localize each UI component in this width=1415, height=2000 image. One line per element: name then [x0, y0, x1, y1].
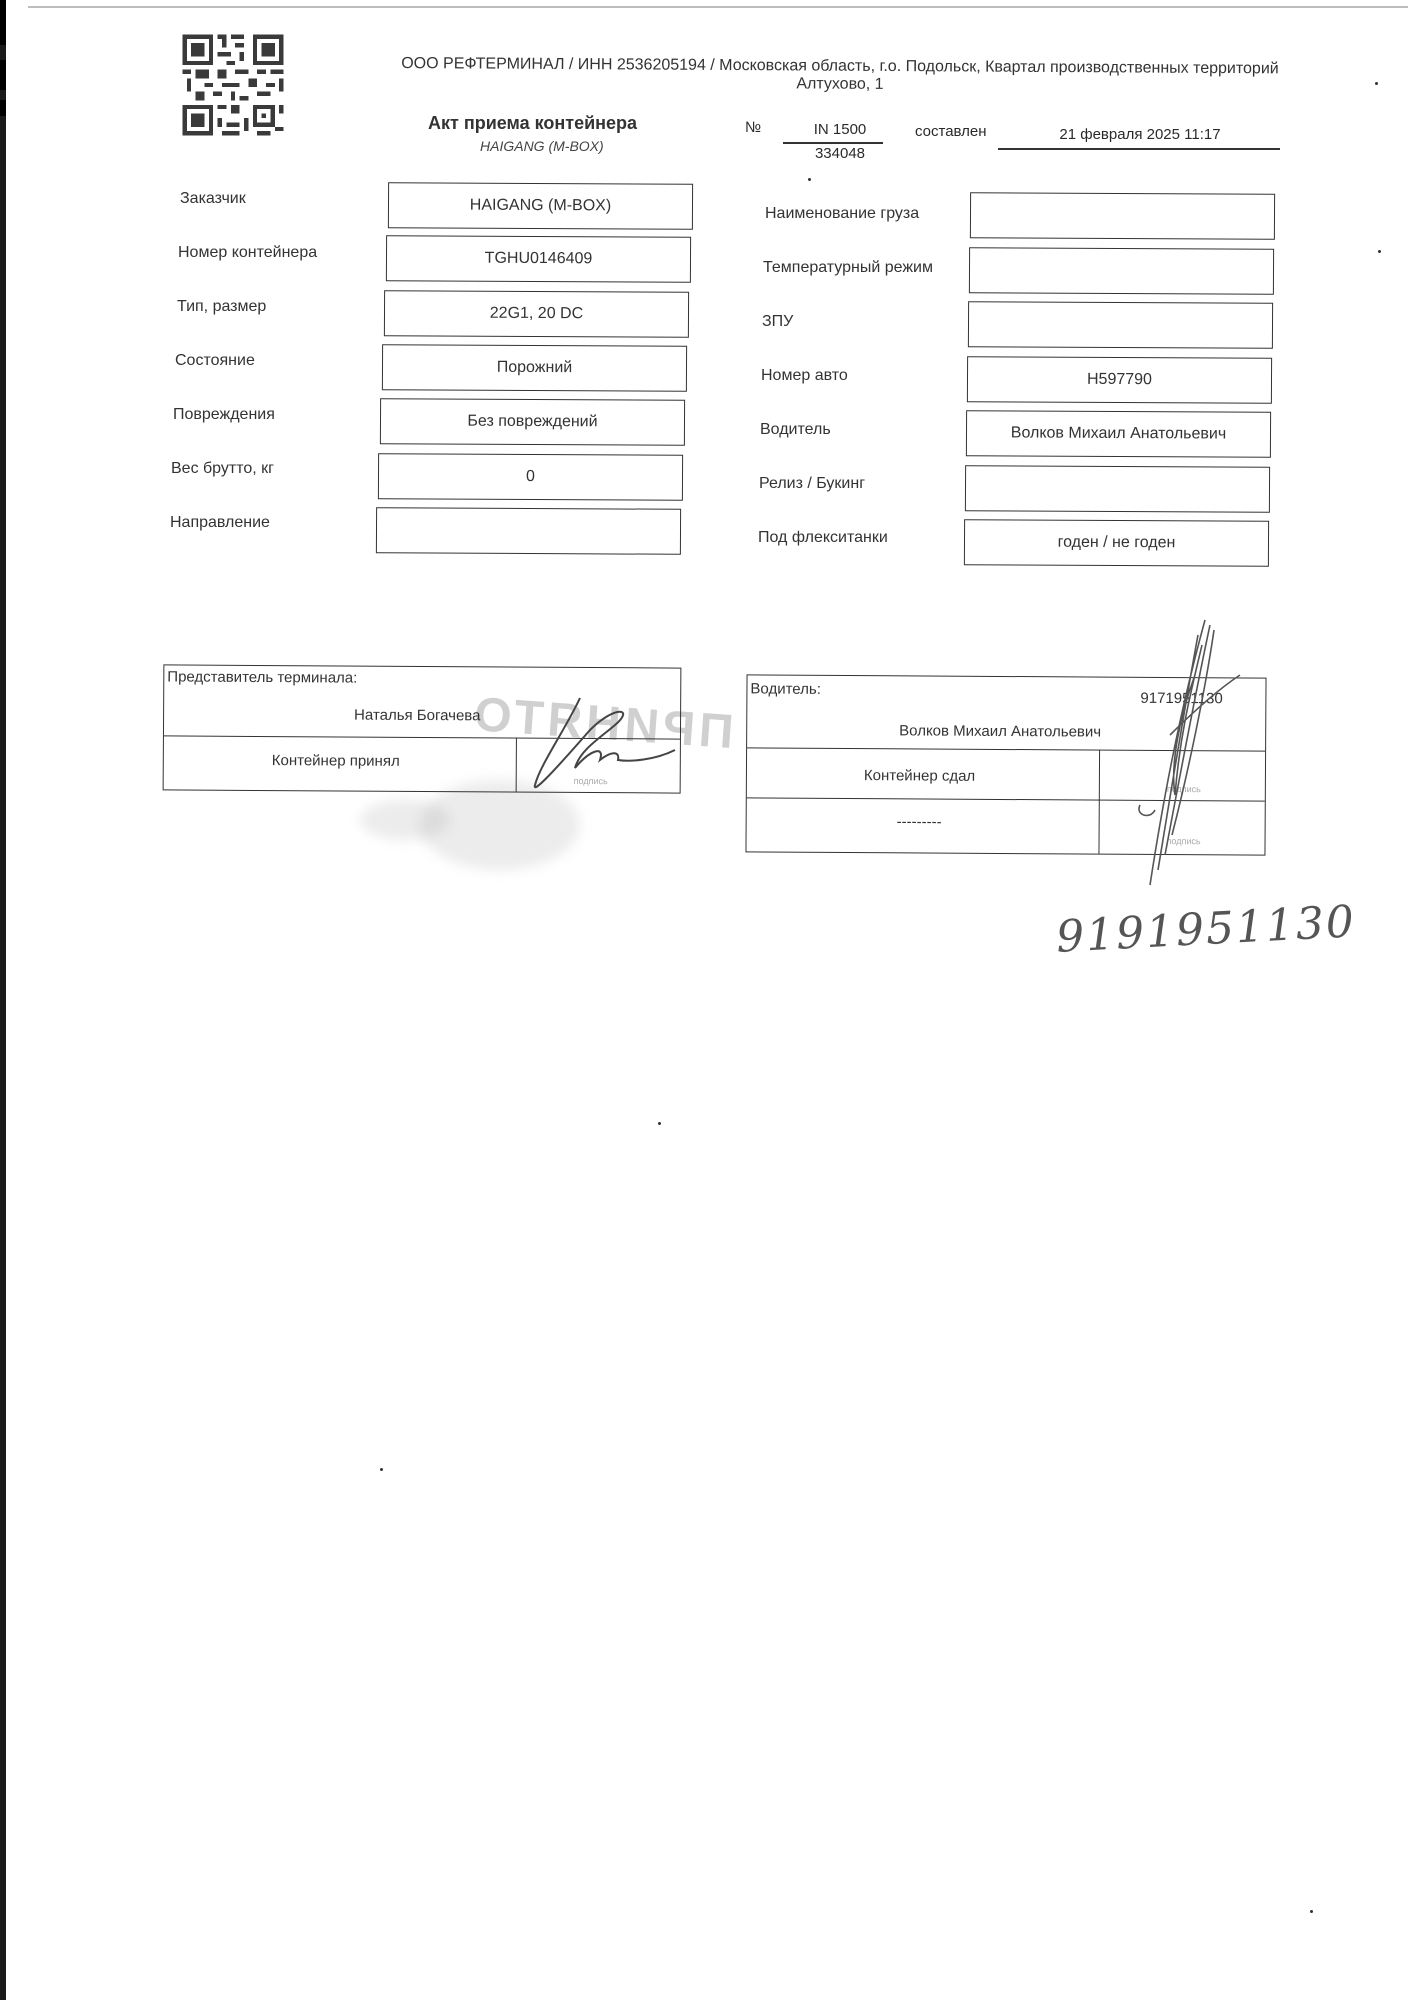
field-temperature [969, 247, 1274, 295]
handwritten-phone-note: 9191951130 [1055, 896, 1357, 963]
field-label-cargo-name: Наименование груза [765, 205, 919, 223]
field-customer: HAIGANG (M-BOX) [388, 182, 693, 230]
field-direction [376, 507, 681, 555]
field-driver: Волков Михаил Анатольевич [966, 410, 1271, 458]
field-label-vehicle-number: Номер авто [761, 367, 848, 385]
field-condition: Порожний [382, 344, 687, 392]
document-title: Акт приема контейнера [428, 113, 637, 134]
field-label-damage: Повреждения [173, 406, 275, 424]
composed-date: 21 февраля 2025 11:17 [1000, 126, 1280, 143]
field-cargo-name [970, 192, 1275, 240]
field-flexitank: годен / не годен [964, 519, 1269, 567]
field-label-condition: Состояние [175, 352, 255, 370]
field-label-temperature: Температурный режим [763, 259, 933, 277]
terminal-representative-name: Наталья Богачева [354, 707, 480, 725]
field-label-direction: Направление [170, 514, 270, 532]
field-container-number: TGHU0146409 [386, 235, 691, 283]
field-type-size: 22G1, 20 DC [384, 290, 689, 338]
qr-code-icon [178, 30, 288, 140]
scan-speck [658, 1122, 661, 1125]
number-divider [783, 142, 883, 144]
field-gross-weight: 0 [378, 453, 683, 501]
field-label-customer: Заказчик [180, 190, 246, 208]
field-label-seal: ЗПУ [762, 313, 793, 331]
driver-placeholder: --------- [897, 813, 942, 830]
column-divider [516, 738, 517, 792]
scan-mark [0, 100, 6, 116]
field-label-gross-weight: Вес брутто, кг [171, 460, 274, 478]
scan-speck [380, 1468, 383, 1471]
top-rule [28, 6, 1408, 8]
document-subtitle: HAIGANG (M-BOX) [480, 138, 604, 154]
scan-speck [1378, 250, 1381, 253]
column-divider [1098, 750, 1100, 854]
field-vehicle-number: H597790 [967, 356, 1272, 404]
scan-mark [0, 0, 6, 45]
field-seal [968, 301, 1273, 349]
field-label-driver: Водитель [760, 421, 831, 439]
scan-edge [0, 0, 6, 2000]
document-number-secondary: 334048 [795, 145, 885, 162]
scan-speck [1310, 1910, 1313, 1913]
stamp-smudge [360, 800, 450, 840]
document-number: IN 1500 [795, 121, 885, 138]
scan-speck [808, 178, 811, 181]
scan-mark [0, 60, 6, 90]
terminal-action-label: Контейнер принял [272, 752, 400, 770]
driver-action-label: Контейнер сдал [864, 767, 975, 785]
driver-signature [1110, 615, 1250, 895]
terminal-heading: Представитель терминала: [167, 668, 357, 686]
composed-label: составлен [915, 123, 987, 140]
field-release-booking [965, 465, 1270, 513]
number-sign: № [745, 119, 761, 136]
driver-name: Волков Михаил Анатольевич [899, 722, 1101, 740]
scan-speck [1375, 82, 1378, 85]
date-underline [998, 148, 1280, 150]
field-label-type-size: Тип, размер [177, 298, 266, 316]
field-damage: Без повреждений [380, 398, 685, 446]
field-label-flexitank: Под флекситанки [758, 529, 888, 547]
terminal-signature [520, 690, 680, 800]
driver-heading: Водитель: [750, 680, 821, 697]
field-label-container-number: Номер контейнера [178, 244, 317, 262]
field-label-release-booking: Релиз / Букинг [759, 475, 865, 493]
